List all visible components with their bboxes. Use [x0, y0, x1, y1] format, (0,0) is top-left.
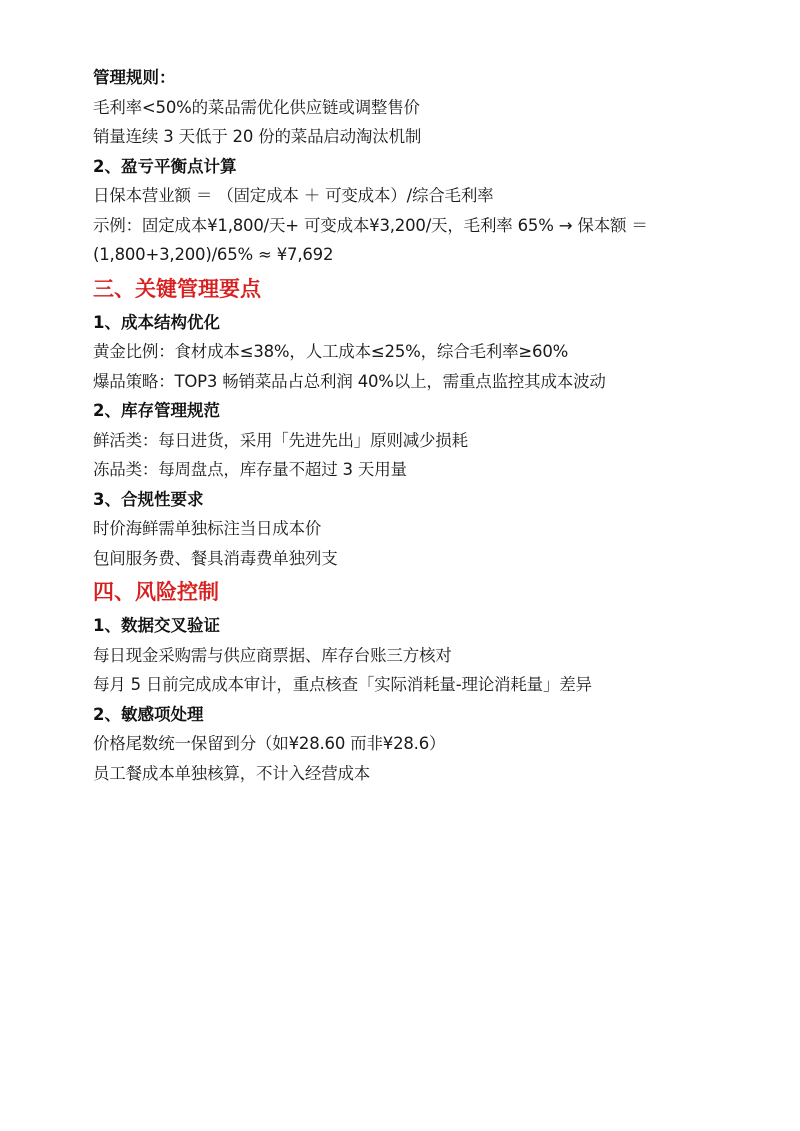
text-line: 时价海鲜需单独标注当日成本价 [93, 514, 713, 544]
text-line: 黄金比例：食材成本≤38%，人工成本≤25%，综合毛利率≥60% [93, 337, 713, 367]
text-line: 冻品类：每周盘点，库存量不超过 3 天用量 [93, 455, 713, 485]
subheading-management-rules: 管理规则： [93, 63, 713, 93]
text-line: 每月 5 日前完成成本审计，重点核查「实际消耗量-理论消耗量」差异 [93, 670, 713, 700]
text-line: 日保本营业额 ＝ （固定成本 ＋ 可变成本）/综合毛利率 [93, 181, 713, 211]
subheading-sensitive-items: 2、敏感项处理 [93, 700, 713, 730]
subheading-inventory: 2、库存管理规范 [93, 396, 713, 426]
subheading-breakeven: 2、盈亏平衡点计算 [93, 152, 713, 182]
subheading-compliance: 3、合规性要求 [93, 485, 713, 515]
text-line: 每日现金采购需与供应商票据、库存台账三方核对 [93, 641, 713, 671]
subheading-cost-structure: 1、成本结构优化 [93, 308, 713, 338]
text-line: 爆品策略：TOP3 畅销菜品占总利润 40%以上，需重点监控其成本波动 [93, 367, 713, 397]
text-line: 示例：固定成本¥1,800/天+ 可变成本¥3,200/天，毛利率 65% → … [93, 211, 713, 241]
subheading-data-verification: 1、数据交叉验证 [93, 611, 713, 641]
section-heading-key-points: 三、关键管理要点 [93, 271, 713, 307]
text-line: 销量连续 3 天低于 20 份的菜品启动淘汰机制 [93, 122, 713, 152]
document-page: 管理规则： 毛利率<50%的菜品需优化供应链或调整售价 销量连续 3 天低于 2… [93, 63, 713, 788]
text-line: 价格尾数统一保留到分（如¥28.60 而非¥28.6） [93, 729, 713, 759]
text-line: 员工餐成本单独核算，不计入经营成本 [93, 759, 713, 789]
text-line: 包间服务费、餐具消毒费单独列支 [93, 544, 713, 574]
text-line: (1,800+3,200)/65% ≈ ¥7,692 [93, 240, 713, 270]
text-line: 鲜活类：每日进货，采用「先进先出」原则减少损耗 [93, 426, 713, 456]
section-heading-risk-control: 四、风险控制 [93, 574, 713, 610]
text-line: 毛利率<50%的菜品需优化供应链或调整售价 [93, 93, 713, 123]
